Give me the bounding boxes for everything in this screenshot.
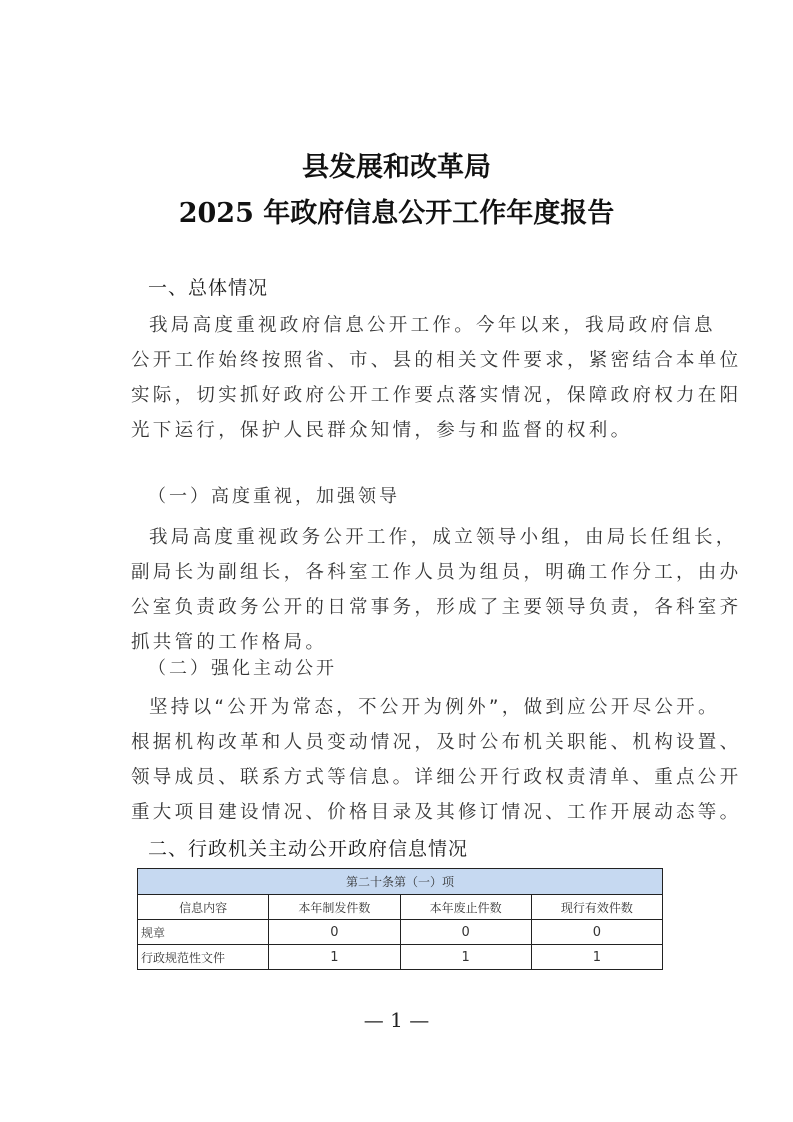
paragraph-line: 坚持以“公开为常态，不公开为例外”，做到应公开尽公开。 [131,690,671,725]
column-header: 本年废止件数 [400,895,531,920]
paragraph-line: 领导成员、联系方式等信息。详细公开行政权责清单、重点公开 [131,760,671,795]
subheading-leadership: （一）高度重视，加强领导 [148,482,400,508]
paragraph-overview: 我局高度重视政府信息公开工作。今年以来，我局政府信息 公开工作始终按照省、市、县… [131,308,671,448]
paragraph-line: 根据机构改革和人员变动情况，及时公布机关职能、机构设置、 [131,725,671,760]
paragraph-line: 重大项目建设情况、价格目录及其修订情况、工作开展动态等。 [131,795,671,830]
paragraph-line: 光下运行，保护人民群众知情，参与和监督的权利。 [131,413,671,448]
paragraph-line: 副局长为副组长，各科室工作人员为组员，明确工作分工，由办 [131,555,671,590]
table-cell: 1 [531,945,662,970]
table-cell: 0 [269,920,400,945]
table-cell: 0 [531,920,662,945]
document-title-line1: 县发展和改革局 [0,145,793,184]
table-row: 行政规范性文件 1 1 1 [138,945,663,970]
paragraph-line: 我局高度重视政务公开工作，成立领导小组，由局长任组长， [131,520,671,555]
section-heading-overview: 一、总体情况 [148,273,268,300]
column-header: 本年制发件数 [269,895,400,920]
table-row: 规章 0 0 0 [138,920,663,945]
paragraph-proactive-disclosure: 坚持以“公开为常态，不公开为例外”，做到应公开尽公开。 根据机构改革和人员变动情… [131,690,671,830]
table-cell: 1 [400,945,531,970]
table-cell: 1 [269,945,400,970]
table-caption: 第二十条第（一）项 [138,869,663,895]
document-page: 县发展和改革局 2025 年政府信息公开工作年度报告 一、总体情况 我局高度重视… [0,0,793,1122]
disclosure-table: 第二十条第（一）项 信息内容 本年制发件数 本年废止件数 现行有效件数 规章 0… [137,868,663,970]
table-cell: 行政规范性文件 [138,945,269,970]
paragraph-line: 公开工作始终按照省、市、县的相关文件要求，紧密结合本单位 [131,343,671,378]
table-header-row: 信息内容 本年制发件数 本年废止件数 现行有效件数 [138,895,663,920]
table-cell: 0 [400,920,531,945]
document-title-line2: 2025 年政府信息公开工作年度报告 [0,191,793,230]
column-header: 现行有效件数 [531,895,662,920]
paragraph-line: 我局高度重视政府信息公开工作。今年以来，我局政府信息 [131,308,671,343]
column-header: 信息内容 [138,895,269,920]
subheading-proactive-disclosure: （二）强化主动公开 [148,654,337,680]
paragraph-line: 公室负责政务公开的日常事务，形成了主要领导负责，各科室齐 [131,590,671,625]
table-cell: 规章 [138,920,269,945]
paragraph-line: 实际，切实抓好政府公开工作要点落实情况，保障政府权力在阳 [131,378,671,413]
section-heading-proactive-info: 二、行政机关主动公开政府信息情况 [148,834,468,861]
paragraph-leadership: 我局高度重视政务公开工作，成立领导小组，由局长任组长， 副局长为副组长，各科室工… [131,520,671,660]
page-number: — 1 — [0,1008,793,1032]
